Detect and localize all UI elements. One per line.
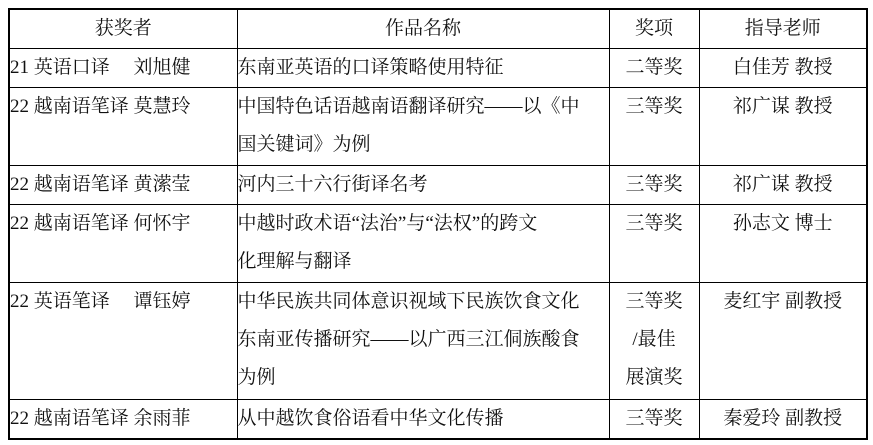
award-cell: 三等奖 <box>609 205 699 283</box>
work-cell: 中华民族共同体意识视域下民族饮食文化 东南亚传播研究——以广西三江侗族酸食 为例 <box>237 283 609 400</box>
winner-cell: 22 越南语笔译 余雨菲 <box>9 400 237 440</box>
winner-cell: 22 越南语笔译 何怀宇 <box>9 205 237 283</box>
teacher-cell: 白佳芳 教授 <box>699 49 867 88</box>
table-row: 22 英语笔译 谭钰婷 中华民族共同体意识视域下民族饮食文化 东南亚传播研究——… <box>9 283 867 400</box>
work-cell: 河内三十六行街译名考 <box>237 166 609 205</box>
teacher-cell: 秦爱玲 副教授 <box>699 400 867 440</box>
award-cell: 三等奖 <box>609 166 699 205</box>
work-cell: 东南亚英语的口译策略使用特征 <box>237 49 609 88</box>
table-row: 22 越南语笔译 莫慧玲 中国特色话语越南语翻译研究——以《中 国关键词》为例 … <box>9 88 867 166</box>
work-cell: 从中越饮食俗语看中华文化传播 <box>237 400 609 440</box>
document-page: 获奖者 作品名称 奖项 指导老师 21 英语口译 刘旭健 东南亚英语的口译策略使… <box>0 0 873 445</box>
winner-cell: 22 英语笔译 谭钰婷 <box>9 283 237 400</box>
award-cell: 三等奖 /最佳 展演奖 <box>609 283 699 400</box>
work-cell: 中国特色话语越南语翻译研究——以《中 国关键词》为例 <box>237 88 609 166</box>
column-header-work: 作品名称 <box>237 9 609 49</box>
teacher-cell: 祁广谋 教授 <box>699 88 867 166</box>
teacher-cell: 祁广谋 教授 <box>699 166 867 205</box>
work-cell: 中越时政术语“法治”与“法权”的跨文 化理解与翻译 <box>237 205 609 283</box>
award-cell: 三等奖 <box>609 400 699 440</box>
table-row: 21 英语口译 刘旭健 东南亚英语的口译策略使用特征 二等奖 白佳芳 教授 <box>9 49 867 88</box>
winner-cell: 21 英语口译 刘旭健 <box>9 49 237 88</box>
awards-table: 获奖者 作品名称 奖项 指导老师 21 英语口译 刘旭健 东南亚英语的口译策略使… <box>8 8 868 440</box>
table-header-row: 获奖者 作品名称 奖项 指导老师 <box>9 9 867 49</box>
table-row: 22 越南语笔译 余雨菲 从中越饮食俗语看中华文化传播 三等奖 秦爱玲 副教授 <box>9 400 867 440</box>
award-cell: 三等奖 <box>609 88 699 166</box>
column-header-award: 奖项 <box>609 9 699 49</box>
teacher-cell: 麦红宇 副教授 <box>699 283 867 400</box>
award-cell: 二等奖 <box>609 49 699 88</box>
column-header-teacher: 指导老师 <box>699 9 867 49</box>
winner-cell: 22 越南语笔译 莫慧玲 <box>9 88 237 166</box>
teacher-cell: 孙志文 博士 <box>699 205 867 283</box>
table-row: 22 越南语笔译 何怀宇 中越时政术语“法治”与“法权”的跨文 化理解与翻译 三… <box>9 205 867 283</box>
column-header-winner: 获奖者 <box>9 9 237 49</box>
winner-cell: 22 越南语笔译 黄潆莹 <box>9 166 237 205</box>
table-row: 22 越南语笔译 黄潆莹 河内三十六行街译名考 三等奖 祁广谋 教授 <box>9 166 867 205</box>
